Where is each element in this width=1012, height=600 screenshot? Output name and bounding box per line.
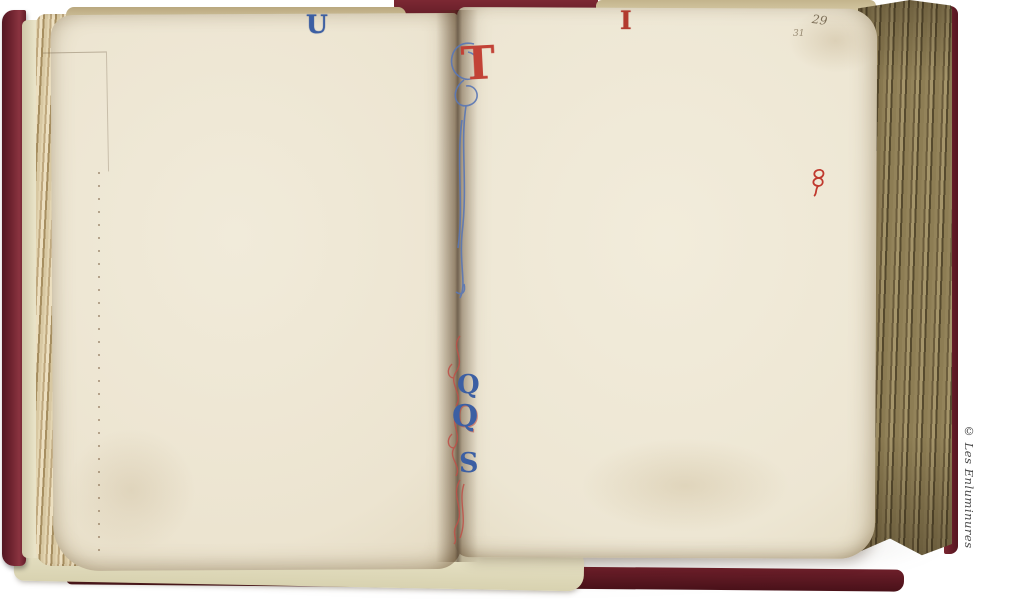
margin-initial-first: Q (457, 372, 480, 398)
photo-credit: © Les Enluminures (962, 424, 976, 574)
margin-initial-second: Q (452, 402, 478, 432)
margin-flourish-icon (444, 334, 474, 546)
pricking-dots (98, 172, 100, 560)
right-page-header-initial: I (620, 8, 632, 33)
manuscript-photo: U I 29 31 luce amoto eturb et hoiesaudie… (0, 0, 1012, 600)
margin-initial-third: S (459, 450, 479, 477)
folio-number: 29 (811, 12, 828, 28)
right-page-text: q sce. ornas hostui speluce lapidibr oea… (471, 30, 864, 487)
left-page-text: ifs. essus a malchsiem ao sibe, pnectus … (106, 24, 450, 488)
red-paraph-icon (808, 166, 828, 198)
left-margin-gloss: luce amoto eturb et hoiesaudies loqtrx r… (43, 51, 109, 172)
drop-cap-initial: T (460, 39, 497, 87)
